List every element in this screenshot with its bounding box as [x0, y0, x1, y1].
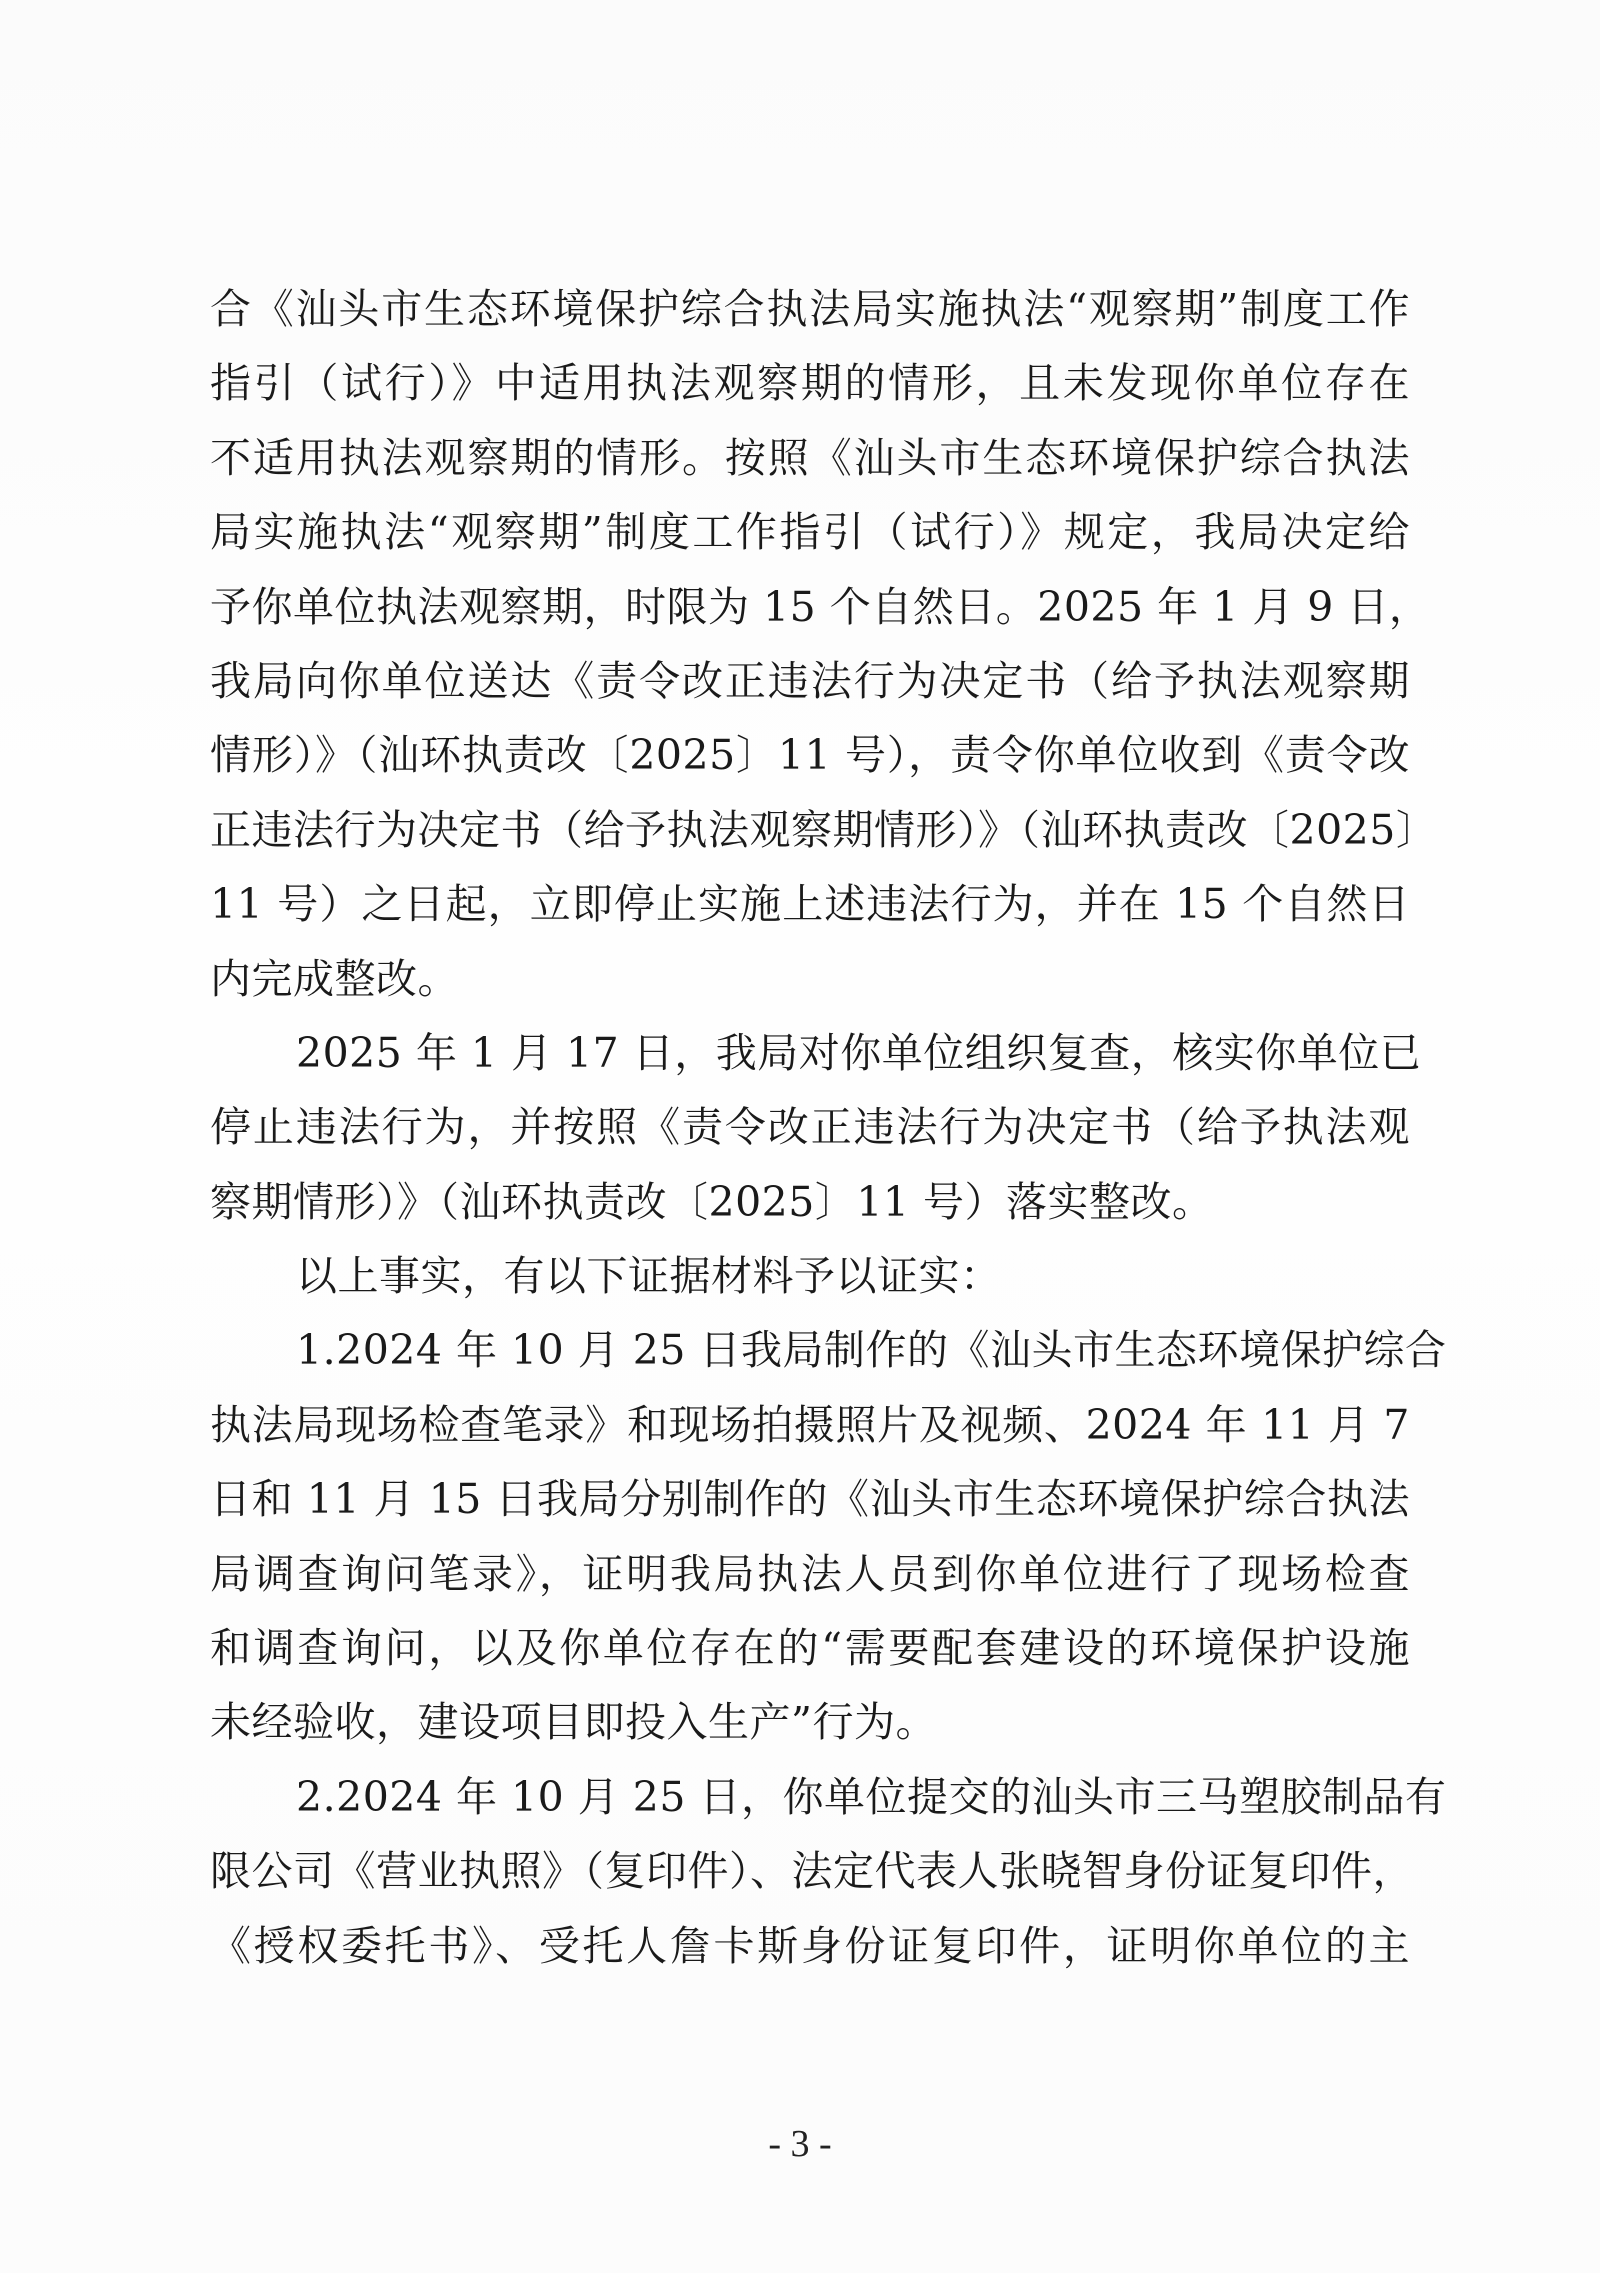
evidence-item-2-start: 2.2024 年 10 月 25 日，你单位提交的汕头市三马塑胶制品有 — [210, 1760, 1410, 1834]
text-line: 执法局现场检查笔录》和现场拍摄照片及视频、2024 年 11 月 7 — [210, 1388, 1410, 1462]
text-line: 察期情形）》（汕环执责改〔2025〕11 号）落实整改。 — [210, 1165, 1410, 1239]
text-line: 正违法行为决定书（给予执法观察期情形）》（汕环执责改〔2025〕 — [210, 793, 1410, 867]
paragraph-start-line: 2025 年 1 月 17 日，我局对你单位组织复查，核实你单位已 — [210, 1016, 1410, 1090]
text-line: 日和 11 月 15 日我局分别制作的《汕头市生态环境保护综合执法 — [210, 1462, 1410, 1536]
page-number: - 3 - — [0, 2122, 1600, 2166]
text-line: 限公司《营业执照》（复印件）、法定代表人张晓智身份证复印件， — [210, 1834, 1410, 1908]
text-line: 合《汕头市生态环境保护综合执法局实施执法“观察期”制度工作 — [210, 272, 1410, 346]
text-line: 予你单位执法观察期，时限为 15 个自然日。2025 年 1 月 9 日， — [210, 570, 1410, 644]
text-line: 11 号）之日起，立即停止实施上述违法行为，并在 15 个自然日 — [210, 867, 1410, 941]
text-line: 《授权委托书》、受托人詹卡斯身份证复印件，证明你单位的主 — [210, 1909, 1410, 1983]
text-line: 局调查询问笔录》，证明我局执法人员到你单位进行了现场检查 — [210, 1537, 1410, 1611]
evidence-item-1-start: 1.2024 年 10 月 25 日我局制作的《汕头市生态环境保护综合 — [210, 1313, 1410, 1387]
text-line: 情形）》（汕环执责改〔2025〕11 号），责令你单位收到《责令改 — [210, 718, 1410, 792]
text-line: 内完成整改。 — [210, 942, 1410, 1016]
document-page: 合《汕头市生态环境保护综合执法局实施执法“观察期”制度工作 指引（试行）》中适用… — [0, 0, 1600, 2273]
text-line: 停止违法行为，并按照《责令改正违法行为决定书（给予执法观 — [210, 1090, 1410, 1164]
text-line: 未经验收，建设项目即投入生产”行为。 — [210, 1685, 1410, 1759]
text-line: 局实施执法“观察期”制度工作指引（试行）》规定，我局决定给 — [210, 495, 1410, 569]
text-line: 指引（试行）》中适用执法观察期的情形，且未发现你单位存在 — [210, 346, 1410, 420]
text-line: 我局向你单位送达《责令改正违法行为决定书（给予执法观察期 — [210, 644, 1410, 718]
document-body: 合《汕头市生态环境保护综合执法局实施执法“观察期”制度工作 指引（试行）》中适用… — [210, 272, 1410, 1983]
text-line: 和调查询问，以及你单位存在的“需要配套建设的环境保护设施 — [210, 1611, 1410, 1685]
paragraph-start-line: 以上事实，有以下证据材料予以证实： — [210, 1239, 1410, 1313]
text-line: 不适用执法观察期的情形。按照《汕头市生态环境保护综合执法 — [210, 421, 1410, 495]
